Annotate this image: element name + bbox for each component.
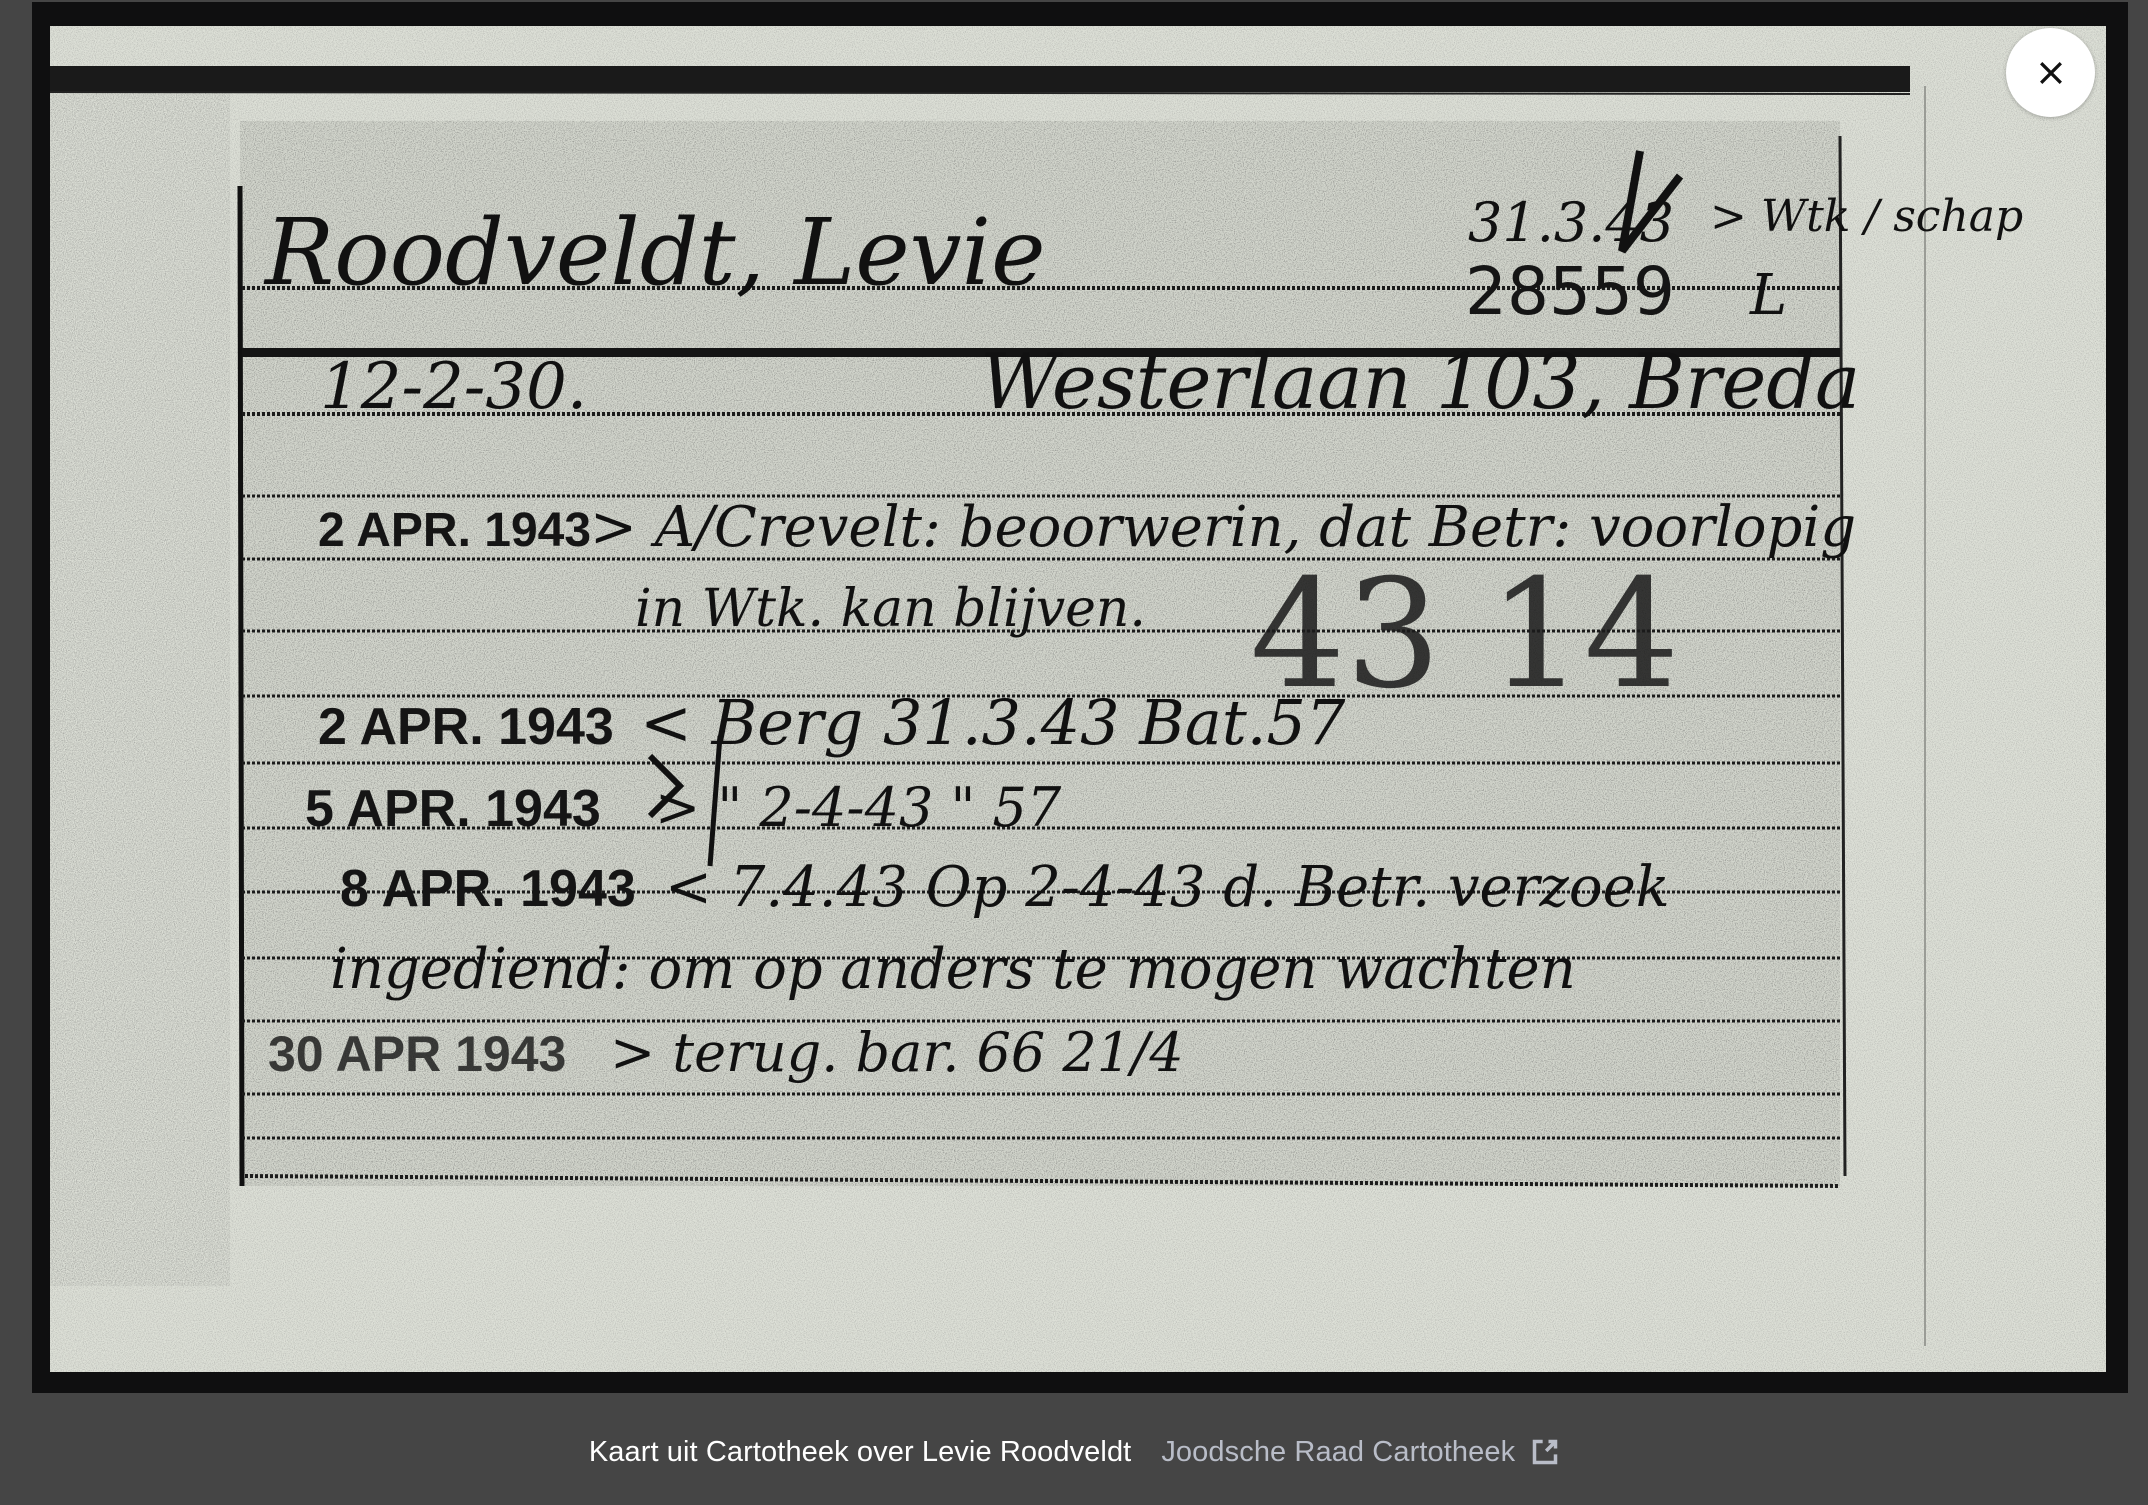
svg-text:ingediend: om op anders te mog: ingediend: om op anders te mogen wachten [330, 937, 1576, 1002]
image-frame: Roodveldt, Levie 31.3.43 > Wtk / schap 2… [32, 2, 2128, 1393]
svg-text:< 7.4.43 Op 2-4-43 d. Betr. ve: < 7.4.43 Op 2-4-43 d. Betr. verzoek [665, 855, 1670, 920]
svg-text:8 APR. 1943: 8 APR. 1943 [340, 860, 636, 918]
svg-text:2 APR. 1943: 2 APR. 1943 [318, 698, 614, 756]
svg-text:28559: 28559 [1465, 253, 1675, 330]
external-link-icon [1531, 1438, 1559, 1466]
svg-text:L: L [1749, 263, 1787, 328]
svg-text:5 APR. 1943: 5 APR. 1943 [305, 780, 601, 838]
svg-text:30 APR 1943: 30 APR 1943 [268, 1026, 566, 1082]
source-link[interactable]: Joodsche Raad Cartotheek [1161, 1436, 1559, 1469]
svg-text:Roodveldt, Levie: Roodveldt, Levie [263, 199, 1046, 306]
caption-title: Kaart uit Cartotheek over Levie Roodveld… [589, 1436, 1132, 1469]
svg-text:2 APR. 1943: 2 APR. 1943 [318, 504, 591, 557]
svg-text:> terug. bar. 66 21/4: > terug. bar. 66 21/4 [610, 1021, 1184, 1084]
image-caption: Kaart uit Cartotheek over Levie Roodveld… [0, 1424, 2148, 1480]
svg-text:in Wtk. kan blijven.: in Wtk. kan blijven. [635, 579, 1146, 639]
svg-text:12-2-30.: 12-2-30. [320, 350, 587, 424]
close-icon [2038, 60, 2064, 86]
svg-text:< Berg 31.3.43 Bat.57: < Berg 31.3.43 Bat.57 [640, 686, 1346, 759]
svg-text:Westerlaan 103, Breda: Westerlaan 103, Breda [980, 337, 1860, 426]
index-card-image: Roodveldt, Levie 31.3.43 > Wtk / schap 2… [50, 26, 2106, 1372]
close-button[interactable] [2006, 28, 2095, 117]
source-link-label: Joodsche Raad Cartotheek [1161, 1436, 1515, 1469]
svg-text:43 14: 43 14 [1250, 548, 1679, 722]
svg-text:> Wtk / schap: > Wtk / schap [1710, 191, 2023, 242]
lightbox-overlay: Roodveldt, Levie 31.3.43 > Wtk / schap 2… [0, 0, 2148, 1505]
